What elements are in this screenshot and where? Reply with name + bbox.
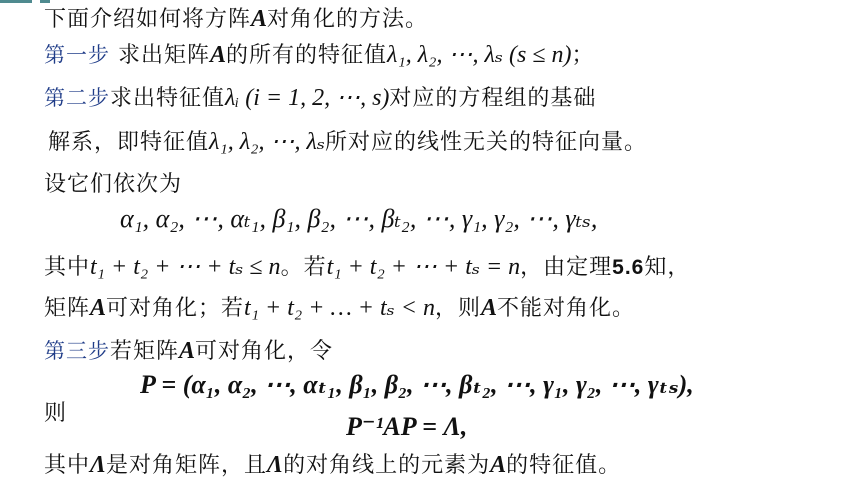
step3-post: 可对角化，令 [195, 339, 333, 364]
step3-label: 第三步 [44, 339, 110, 363]
intro-line: 下面介绍如何将方阵A对角化的方法。 [44, 4, 428, 35]
step2-line: 第二步求出特征值λᵢ (i = 1, 2, ⋯, s)对应的方程组的基础 [44, 83, 596, 114]
step1-label: 第一步 [44, 43, 110, 67]
diag-post: 不能对角化。 [497, 296, 635, 321]
sum-lt-n-math: t₁ + t₂ + … + tₛ < n [244, 295, 435, 321]
sum-condition-line: 其中t₁ + t₂ + ⋯ + tₛ ≤ n。若t₁ + t₂ + ⋯ + tₛ… [44, 252, 690, 283]
theorem-number: 5.6 [612, 256, 644, 279]
step1-line: 第一步 求出矩阵A的所有的特征值λ₁, λ₂, ⋯, λₛ (s ≤ n)； [44, 40, 595, 71]
step2-cont-post: 所对应的线性无关的特征向量。 [325, 130, 647, 155]
sum-pre: 其中 [44, 255, 90, 280]
top-accent-bar-small [40, 0, 50, 3]
diag-mid2: ，则 [435, 296, 481, 321]
step3-line: 第三步若矩阵A可对角化，令 [44, 336, 333, 367]
set-order-text: 设它们依次为 [44, 172, 182, 197]
sum-mid1: 。若 [281, 255, 327, 280]
set-order-line: 设它们依次为 [44, 170, 182, 200]
step1-mid: 的所有的特征值 [226, 43, 387, 68]
sum-eq-n-math: t₁ + t₂ + ⋯ + tₛ = n [327, 254, 521, 280]
step2-pre: 求出特征值 [110, 86, 225, 111]
matrix-a: A [210, 42, 226, 68]
diag-pre: 矩阵 [44, 296, 90, 321]
step2-label: 第二步 [44, 86, 110, 110]
step3-pre: 若矩阵 [110, 339, 179, 364]
lambda-matrix: Λ [267, 452, 283, 478]
intro-post: 对角化的方法。 [267, 7, 428, 32]
matrix-a: A [179, 338, 195, 364]
lambda-matrix: Λ [90, 452, 106, 478]
step2-continuation-line: 解系，即特征值λ₁, λ₂, ⋯, λₛ所对应的线性无关的特征向量。 [48, 127, 647, 158]
sum-mid2: ，由定理 [520, 255, 612, 280]
step2-cont-pre: 解系，即特征值 [48, 130, 209, 155]
sum-le-n-math: t₁ + t₂ + ⋯ + tₛ ≤ n [90, 254, 281, 280]
conclusion-post: 的特征值。 [506, 453, 621, 478]
top-accent-bar [0, 0, 32, 3]
step2-post: 对应的方程组的基础 [389, 86, 596, 111]
p-matrix-formula: P = (α₁, α₂, ⋯, αₜ₁, β₁, β₂, ⋯, βₜ₂, ⋯, … [140, 368, 694, 402]
matrix-a: A [481, 295, 497, 321]
conclusion-mid1: 是对角矩阵，且 [106, 453, 267, 478]
diagonalization-result-formula: P⁻¹AP = Λ, [346, 410, 467, 444]
eigenvalues-math: λ₁, λ₂, ⋯, λₛ [209, 129, 325, 155]
sum-post: 知， [644, 255, 690, 280]
matrix-a: A [90, 295, 106, 321]
diag-mid1: 可对角化；若 [106, 296, 244, 321]
intro-pre: 下面介绍如何将方阵 [44, 7, 251, 32]
step1-post: ； [571, 43, 594, 68]
eigenvalue-i-math: λᵢ (i = 1, 2, ⋯, s) [225, 85, 389, 111]
eigenvalues-math: λ₁, λ₂, ⋯, λₛ (s ≤ n) [387, 42, 571, 68]
conclusion-mid2: 的对角线上的元素为 [283, 453, 490, 478]
step1-pre: 求出矩阵 [110, 43, 210, 68]
conclusion-line: 其中Λ是对角矩阵，且Λ的对角线上的元素为A的特征值。 [44, 450, 621, 481]
matrix-a: A [490, 452, 506, 478]
conclusion-pre: 其中 [44, 453, 90, 478]
eigenvectors-formula: α₁, α₂, ⋯, αₜ₁, β₁, β₂, ⋯, βₜ₂, ⋯, γ₁, γ… [120, 202, 597, 236]
diag-condition-line: 矩阵A可对角化；若t₁ + t₂ + … + tₛ < n，则A不能对角化。 [44, 293, 635, 324]
then-label: 则 [44, 396, 66, 427]
matrix-a: A [251, 6, 267, 32]
